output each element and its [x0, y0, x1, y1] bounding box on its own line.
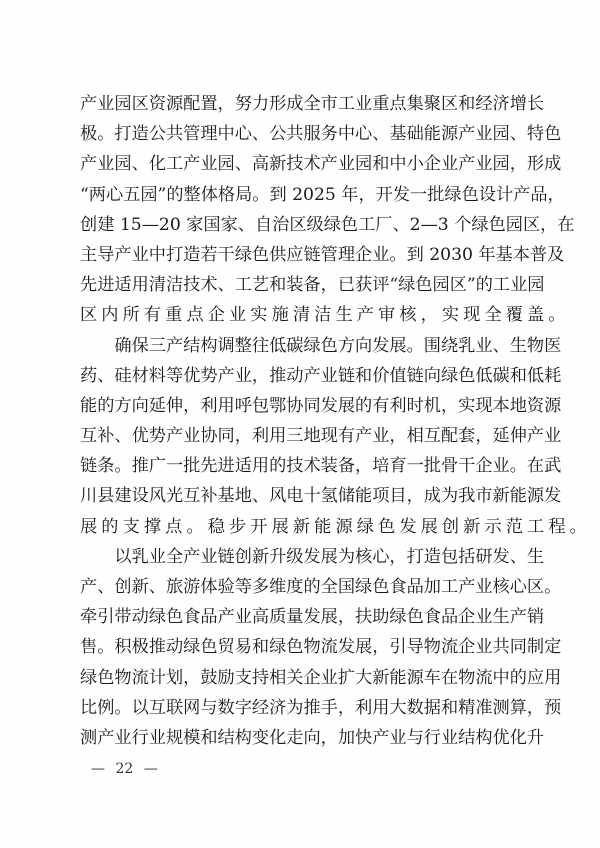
text-line: 确保三产结构调整往低碳绿色方向发展。围绕乳业、生物医: [80, 331, 524, 361]
text-line: 主导产业中打造若干绿色供应链管理企业。到 2030 年基本普及: [80, 240, 524, 270]
text-line: 川县建设风光互补基地、风电十氢储能项目，成为我市新能源发: [80, 481, 524, 511]
text-line: 能的方向延伸，利用呼包鄂协同发展的有利时机，实现本地资源: [80, 391, 524, 421]
text-line: 创建 15—20 家国家、自治区级绿色工厂、2—3 个绿色园区，在: [80, 210, 524, 240]
text-line: 以乳业全产业链创新升级发展为核心，打造包括研发、生: [80, 542, 524, 572]
text-line: 链条。推广一批先进适用的技术装备，培育一批骨干企业。在武: [80, 451, 524, 481]
page-number: — 22 —: [91, 760, 158, 778]
text-line: 比例。以互联网与数字经济为推手，利用大数据和精准测算，预: [80, 693, 524, 723]
text-line: 药、硅材料等优势产业，推动产业链和价值链向绿色低碳和低耗: [80, 361, 524, 391]
text-line: 测产业行业规模和结构变化走向，加快产业与行业结构优化升: [80, 723, 524, 753]
text-line-last: 区内所有重点企业实施清洁生产审核，实现全覆盖。: [80, 300, 524, 330]
body-text: 产业园区资源配置，努力形成全市工业重点集聚区和经济增长 极。打造公共管理中心、公…: [80, 89, 524, 753]
text-line: 产、创新、旅游体验等多维度的全国绿色食品加工产业核心区。: [80, 572, 524, 602]
text-line: 售。积极推动绿色贸易和绿色物流发展，引导物流企业共同制定: [80, 632, 524, 662]
text-line: 极。打造公共管理中心、公共服务中心、基础能源产业园、特色: [80, 119, 524, 149]
text-line: 互补、优势产业协同，利用三地现有产业，相互配套，延伸产业: [80, 421, 524, 451]
text-line: 牵引带动绿色食品产业高质量发展，扶助绿色食品企业生产销: [80, 602, 524, 632]
text-line: 先进适用清洁技术、工艺和装备，已获评“绿色园区”的工业园: [80, 270, 524, 300]
text-line: 产业园、化工产业园、高新技术产业园和中小企业产业园，形成: [80, 149, 524, 179]
text-line: 绿色物流计划，鼓励支持相关企业扩大新能源车在物流中的应用: [80, 663, 524, 693]
text-line: “两心五园”的整体格局。到 2025 年，开发一批绿色设计产品，: [80, 180, 524, 210]
text-line: 产业园区资源配置，努力形成全市工业重点集聚区和经济增长: [80, 89, 524, 119]
document-page: 产业园区资源配置，努力形成全市工业重点集聚区和经济增长 极。打造公共管理中心、公…: [0, 0, 600, 848]
text-line-last: 展的支撑点。稳步开展新能源绿色发展创新示范工程。: [80, 512, 524, 542]
